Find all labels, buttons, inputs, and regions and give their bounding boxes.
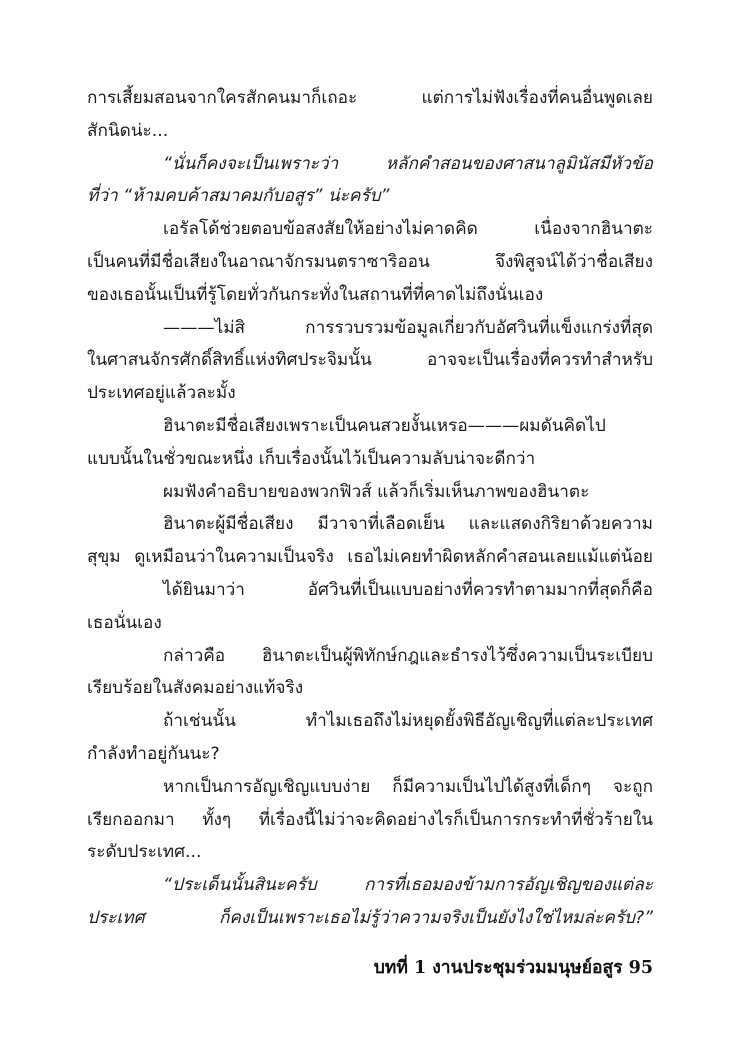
text-line: “นั่นก็คงจะเป็นเพราะว่า หลักคำสอนของศาสน… [87,148,653,181]
paragraph: ได้ยินมาว่า อัศวินที่เป็นแบบอย่างที่ควรท… [87,574,653,640]
paragraph: ผมฟังคำอธิบายของพวกฟิวส์ แล้วก็เริ่มเห็น… [87,476,653,509]
paragraph: หากเป็นการอัญเชิญแบบง่าย ก็มีความเป็นไปไ… [87,771,653,869]
text-line: ———ไม่สิ การรวบรวมข้อมูลเกี่ยวกับอัศวินท… [87,312,653,345]
text-line: ของเธอนั้นเป็นที่รู้โดยทั่วกันกระทั่งในส… [87,279,653,312]
text-line: ที่ว่า “ห้ามคบค้าสมาคมกับอสูร” น่ะครับ” [87,180,653,213]
text-line: เรียกออกมา ทั้งๆ ที่เรื่องนี้ไม่ว่าจะคิด… [87,804,653,837]
text-line: เอรัลโด้ช่วยตอบข้อสงสัยให้อย่างไม่คาดคิด… [87,213,653,246]
text-line: ผมฟังคำอธิบายของพวกฟิวส์ แล้วก็เริ่มเห็น… [87,476,653,509]
text-line: ถ้าเช่นนั้น ทำไมเธอถึงไม่หยุดยั้งพิธีอัญ… [87,705,653,738]
text-line: ได้ยินมาว่า อัศวินที่เป็นแบบอย่างที่ควรท… [87,574,653,607]
text-line: การเสี้ยมสอนจากใครสักคนมาก็เถอะ แต่การไม… [87,82,653,115]
chapter-number: 1 [414,958,426,978]
text-line: ในศาสนจักรศักดิ์สิทธิ์แห่งทิศประจิมนั้น … [87,344,653,377]
text-line: สุขุม ดูเหมือนว่าในความเป็นจริง เธอไม่เค… [87,541,653,574]
page-number: 95 [629,958,653,978]
paragraph: ฮินาตะมีชื่อเสียงเพราะเป็นคนสวยงั้นเหรอ—… [87,410,653,476]
paragraph: ———ไม่สิ การรวบรวมข้อมูลเกี่ยวกับอัศวินท… [87,312,653,410]
text-line: เป็นคนที่มีชื่อเสียงในอาณาจักรมนตราซาริอ… [87,246,653,279]
paragraph: ฮินาตะผู้มีชื่อเสียง มีวาจาที่เลือดเย็น … [87,508,653,574]
text-line: ระดับประเทศ... [87,836,653,869]
chapter-label: บทที่ [374,958,408,978]
paragraph: ถ้าเช่นนั้น ทำไมเธอถึงไม่หยุดยั้งพิธีอัญ… [87,705,653,771]
paragraph: “นั่นก็คงจะเป็นเพราะว่า หลักคำสอนของศาสน… [87,148,653,214]
paragraph: กล่าวคือ ฮินาตะเป็นผู้พิทักษ์กฎและธำรงไว… [87,640,653,706]
text-line: ประเทศอยู่แล้วละมั้ง [87,377,653,410]
text-line: หากเป็นการอัญเชิญแบบง่าย ก็มีความเป็นไปไ… [87,771,653,804]
text-line: สักนิดน่ะ... [87,115,653,148]
text-line: เรียบร้อยในสังคมอย่างแท้จริง [87,672,653,705]
chapter-title: งานประชุมร่วมมนุษย์อสูร [432,958,622,978]
text-line: กล่าวคือ ฮินาตะเป็นผู้พิทักษ์กฎและธำรงไว… [87,640,653,673]
text-line: เธอนั่นเอง [87,607,653,640]
text-line: ฮินาตะผู้มีชื่อเสียง มีวาจาที่เลือดเย็น … [87,508,653,541]
paragraph: การเสี้ยมสอนจากใครสักคนมาก็เถอะ แต่การไม… [87,82,653,148]
page-footer: บทที่ 1 งานประชุมร่วมมนุษย์อสูร 95 [330,953,653,981]
page-body: การเสี้ยมสอนจากใครสักคนมาก็เถอะ แต่การไม… [87,82,653,935]
paragraph: เอรัลโด้ช่วยตอบข้อสงสัยให้อย่างไม่คาดคิด… [87,213,653,311]
text-line: ฮินาตะมีชื่อเสียงเพราะเป็นคนสวยงั้นเหรอ—… [87,410,653,443]
text-line: แบบนั้นในชั่วขณะหนึ่ง เก็บเรื่องนั้นไว้เ… [87,443,653,476]
text-line: “ประเด็นนั้นสินะครับ การที่เธอมองข้ามการ… [87,869,653,902]
text-line: ประเทศ ก็คงเป็นเพราะเธอไม่รู้ว่าความจริง… [87,902,653,935]
paragraph: “ประเด็นนั้นสินะครับ การที่เธอมองข้ามการ… [87,869,653,935]
text-line: กำลังทำอยู่กันนะ? [87,738,653,771]
